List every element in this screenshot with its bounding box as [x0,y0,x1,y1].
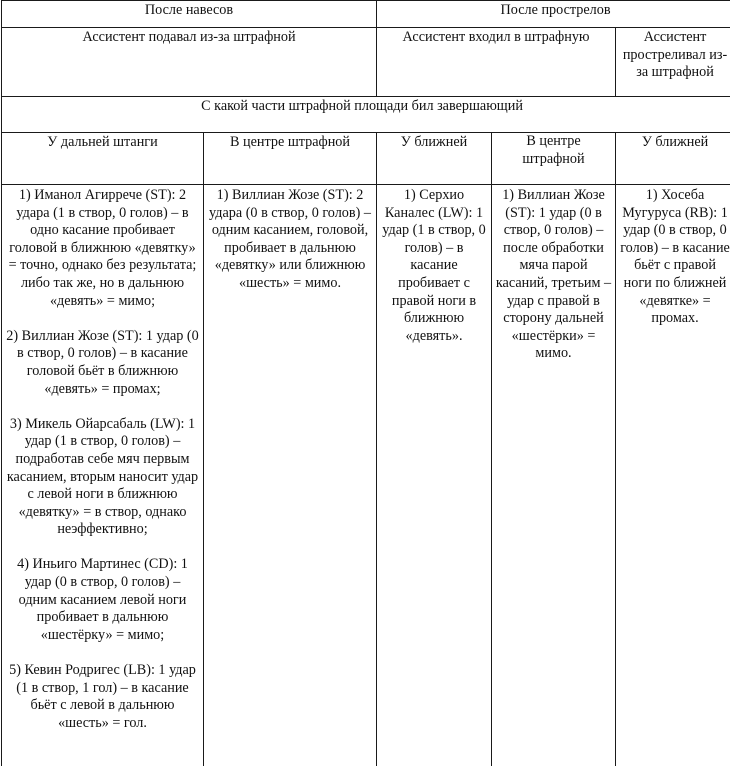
group-header-crosses: После навесов [2,1,377,28]
column-header-row: У дальней штанги В центре штрафной У бли… [2,133,730,185]
shot-entry: 1) Виллиан Жозе (ST): 2 удара (0 в створ… [207,187,373,293]
group-header-row: После навесов После прострелов [2,1,730,28]
shot-entry: 3) Микель Ойарсабаль (LW): 1 удар (1 в с… [5,416,200,539]
cell-far-post: 1) Иманол Агирречe (ST): 2 удара (1 в ст… [2,185,204,766]
column-header-center-box-cutback: В центре штрафной [492,133,616,185]
cell-near-post: 1) Серхио Каналес (LW): 1 удар (1 в ство… [377,185,492,766]
zone-header-row: С какой части штрафной площади бил завер… [2,97,730,133]
sub-header-cutbacks-outside-box: Ассистент простреливал из-за штрафной [616,28,730,97]
shot-entry: 4) Иньиго Мартинес (CD): 1 удар (0 в ств… [5,556,200,644]
shot-entry: 2) Виллиан Жозе (ST): 1 удар (0 в створ,… [5,328,200,398]
column-header-center-box: В центре штрафной [204,133,377,185]
shot-entry: 5) Кевин Родригес (LB): 1 удар (1 в ство… [5,662,200,732]
shot-entry: 1) Виллиан Жозе (ST): 1 удар (0 в створ,… [495,187,612,363]
sub-header-row: Ассистент подавал из-за штрафной Ассисте… [2,28,730,97]
shot-entry: 1) Хосеба Мугуруса (RB): 1 удар (0 в ств… [619,187,730,328]
column-header-near-post: У ближней [377,133,492,185]
cell-center-box-cutback: 1) Виллиан Жозе (ST): 1 удар (0 в створ,… [492,185,616,766]
shots-row: 1) Иманол Агирречe (ST): 2 удара (1 в ст… [2,185,730,766]
cell-near-post-cutback: 1) Хосеба Мугуруса (RB): 1 удар (0 в ств… [616,185,730,766]
zone-header: С какой части штрафной площади бил завер… [2,97,730,133]
shot-analysis-table: После навесов После прострелов Ассистент… [1,0,730,766]
column-header-far-post: У дальней штанги [2,133,204,185]
shot-entry: 1) Иманол Агирречe (ST): 2 удара (1 в ст… [5,187,200,310]
column-header-near-post-cutback: У ближней [616,133,730,185]
zone-header-text: С какой части штрафной площади бил завер… [201,98,523,116]
sub-header-cutbacks-entered-box: Ассистент входил в штрафную [377,28,616,97]
group-header-cutbacks: После прострелов [377,1,730,28]
cell-center-box: 1) Виллиан Жозе (ST): 2 удара (0 в створ… [204,185,377,766]
sub-header-crosses-outside-box: Ассистент подавал из-за штрафной [2,28,377,97]
shot-entry: 1) Серхио Каналес (LW): 1 удар (1 в ство… [380,187,488,345]
